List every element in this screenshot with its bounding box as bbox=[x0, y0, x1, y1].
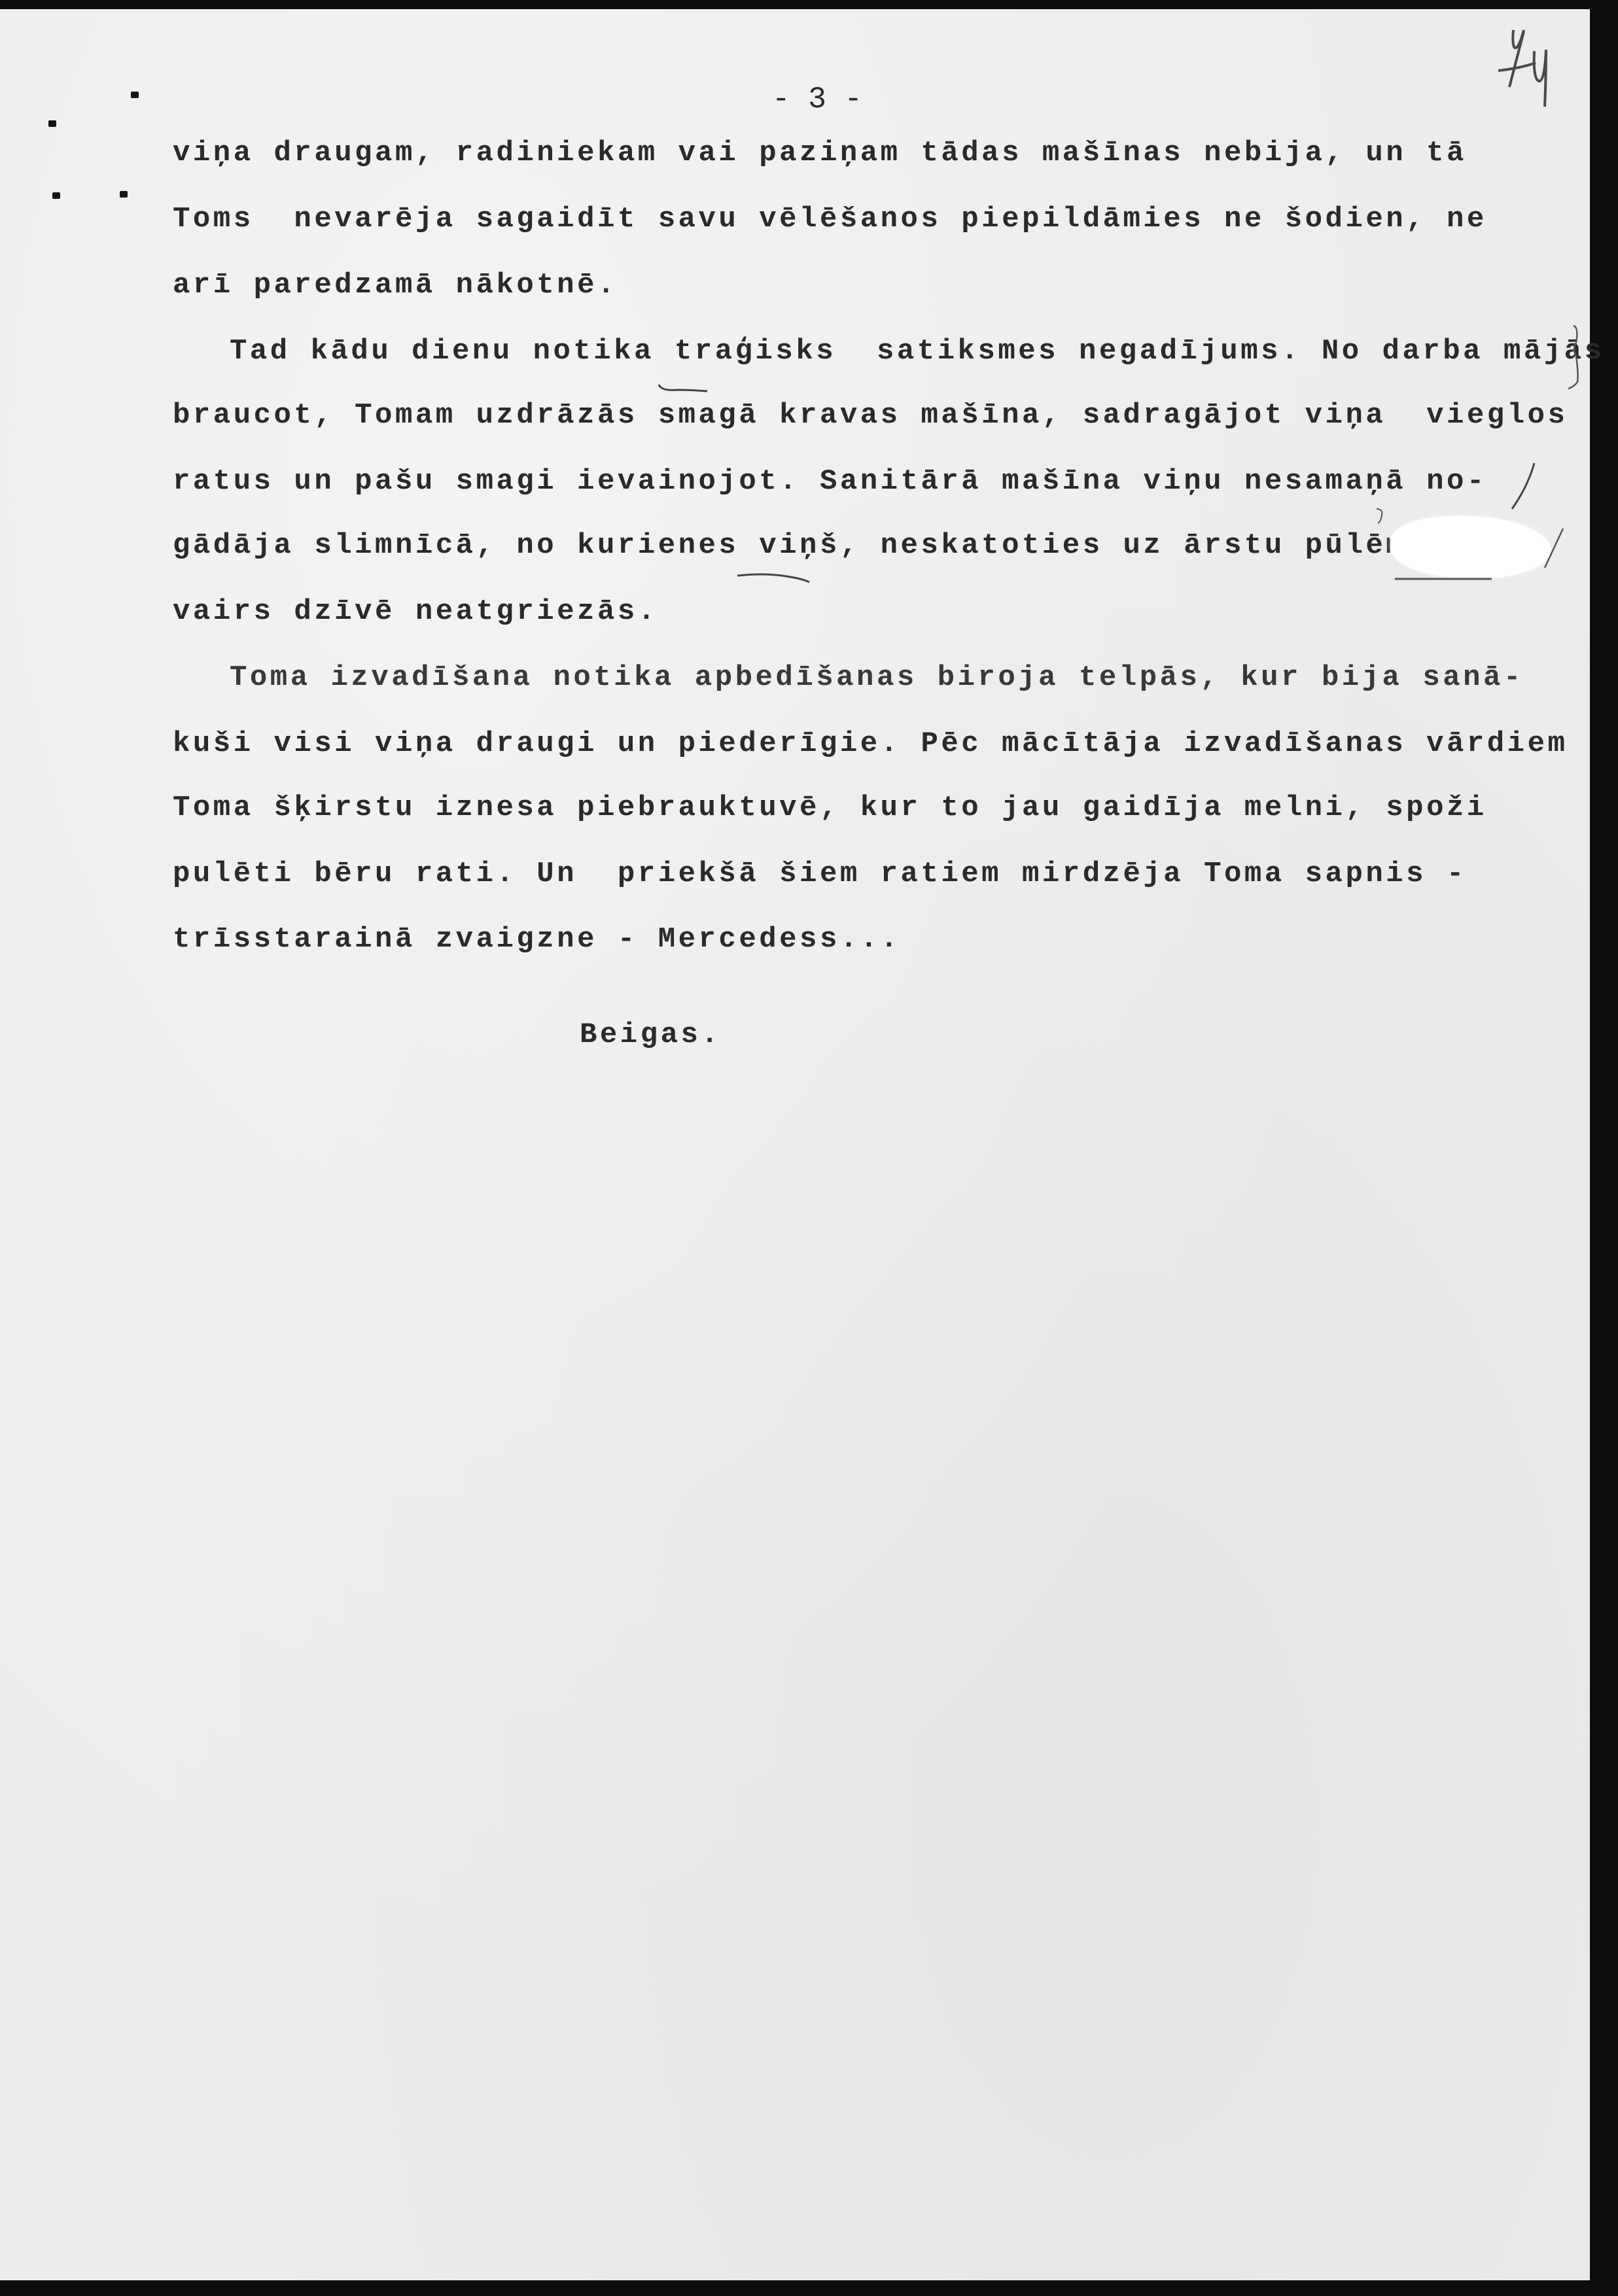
text-line: vairs dzīvē neatgriezās. bbox=[173, 597, 658, 626]
margin-bracket-mark bbox=[1567, 323, 1587, 395]
correction-fluid-mark bbox=[1390, 516, 1551, 578]
handwritten-folio-number bbox=[1495, 25, 1554, 110]
text-line: gādāja slimnīcā, no kurienes viņš, neska… bbox=[173, 531, 1426, 560]
document-page: - 3 - viņa draugam, radiniekam vai paziņ… bbox=[0, 9, 1590, 2280]
text-line: Toma izvadīšana notika apbedīšanas biroj… bbox=[230, 663, 1524, 692]
underline-mark bbox=[1394, 576, 1495, 582]
slash-mark bbox=[1508, 461, 1541, 513]
page-number: - 3 - bbox=[772, 82, 862, 116]
punch-hole-mark bbox=[52, 192, 60, 199]
text-line: trīsstarainā zvaigzne - Mercedess... bbox=[173, 925, 901, 954]
text-line: pulēti bēru rati. Un priekšā šiem ratiem… bbox=[173, 860, 1467, 888]
punch-hole-mark bbox=[120, 191, 128, 198]
slash-mark bbox=[1541, 526, 1567, 572]
punch-hole-mark bbox=[131, 92, 139, 98]
text-line: Toms nevarēja sagaidīt savu vēlēšanos pi… bbox=[173, 205, 1487, 234]
underline-mark bbox=[658, 382, 710, 395]
text-line: ratus un pašu smagi ievainojot. Sanitārā… bbox=[173, 467, 1487, 496]
text-line: Tad kādu dienu notika traģisks satiksmes… bbox=[230, 337, 1605, 366]
text-line: braucot, Tomam uzdrāzās smagā kravas maš… bbox=[173, 401, 1568, 430]
insertion-mark bbox=[1374, 506, 1387, 526]
punch-hole-mark bbox=[48, 120, 56, 127]
text-line: Toma šķirstu iznesa piebrauktuvē, kur to… bbox=[173, 793, 1487, 822]
text-line: arī paredzamā nākotnē. bbox=[173, 271, 618, 300]
text-line: viņa draugam, radiniekam vai paziņam tād… bbox=[173, 139, 1467, 167]
underline-mark bbox=[736, 572, 815, 585]
text-line: kuši visi viņa draugi un piederīgie. Pēc… bbox=[173, 729, 1568, 758]
closing-text: Beigas. bbox=[580, 1020, 721, 1049]
